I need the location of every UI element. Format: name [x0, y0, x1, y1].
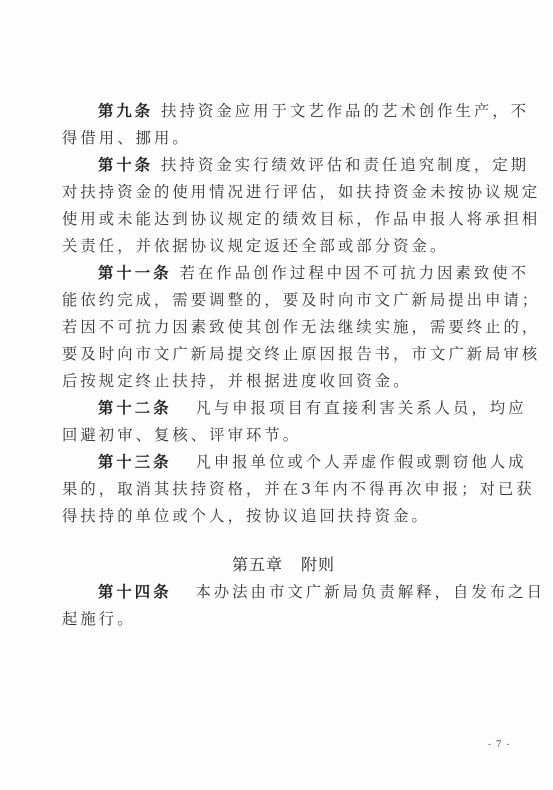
- article-13-line-3: 得扶持的单位或个人，按协议追回扶持资金。: [62, 506, 502, 526]
- article-11-line-2: 能依约完成，需要调整的，要及时向市文广新局提出申请；: [62, 290, 502, 310]
- article-label: 第九条: [98, 102, 153, 120]
- article-text: 若在作品创作过程中因不可抗力因素致使不: [180, 264, 530, 282]
- article-text: 本办法由市文广新局负责解释，自发布之日: [195, 583, 545, 601]
- article-label: 第十四条: [98, 583, 172, 601]
- article-10-line-4: 关责任，并依据协议规定返还全部或部分资金。: [62, 236, 502, 256]
- article-text: 扶持资金实行绩效评估和责任追究制度，定期: [161, 156, 529, 174]
- article-10-line-2: 对扶持资金的使用情况进行评估，如扶持资金未按协议规定: [62, 182, 502, 202]
- article-label: 第十条: [98, 156, 153, 174]
- article-12-line-2: 回避初审、复核、评审环节。: [62, 425, 502, 445]
- article-10-line-3: 使用或未能达到协议规定的绩效目标，作品申报人将承担相: [62, 209, 502, 229]
- article-9-line-1: 第九条 扶持资金应用于文艺作品的艺术创作生产，不: [98, 101, 502, 121]
- chapter-heading: 第五章附则: [0, 552, 553, 575]
- document-page: 第九条 扶持资金应用于文艺作品的艺术创作生产，不 得借用、挪用。 第十条 扶持资…: [0, 0, 553, 790]
- article-11-line-1: 第十一条 若在作品创作过程中因不可抗力因素致使不: [98, 263, 502, 283]
- article-11-line-3: 若因不可抗力因素致使其创作无法继续实施，需要终止的，: [62, 317, 502, 337]
- article-13-line-1: 第十三条 凡申报单位或个人弄虚作假或剽窃他人成: [98, 452, 502, 472]
- article-9-line-2: 得借用、挪用。: [62, 128, 502, 148]
- article-label: 第十二条: [98, 399, 172, 417]
- chapter-title: 附则: [301, 555, 335, 574]
- article-12-line-1: 第十二条 凡与申报项目有直接利害关系人员，均应: [98, 398, 502, 418]
- article-label: 第十三条: [98, 453, 172, 471]
- article-11-line-5: 后按规定终止扶持，并根据进度收回资金。: [62, 371, 502, 391]
- page-number: - 7 -: [488, 740, 511, 750]
- article-text: 凡申报单位或个人弄虚作假或剽窃他人成: [195, 453, 526, 471]
- article-text: 扶持资金应用于文艺作品的艺术创作生产，不: [161, 102, 529, 120]
- article-10-line-1: 第十条 扶持资金实行绩效评估和责任追究制度，定期: [98, 155, 502, 175]
- article-14-line-2: 起施行。: [62, 609, 502, 629]
- article-text: 凡与申报项目有直接利害关系人员，均应: [195, 399, 526, 417]
- article-13-line-2: 果的，取消其扶持资格，并在3年内不得再次申报；对已获: [62, 479, 502, 499]
- chapter-number: 第五章: [232, 555, 283, 574]
- article-11-line-4: 要及时向市文广新局提交终止原因报告书，市文广新局审核: [62, 344, 502, 364]
- article-14-line-1: 第十四条 本办法由市文广新局负责解释，自发布之日: [98, 582, 502, 602]
- article-label: 第十一条: [98, 264, 172, 282]
